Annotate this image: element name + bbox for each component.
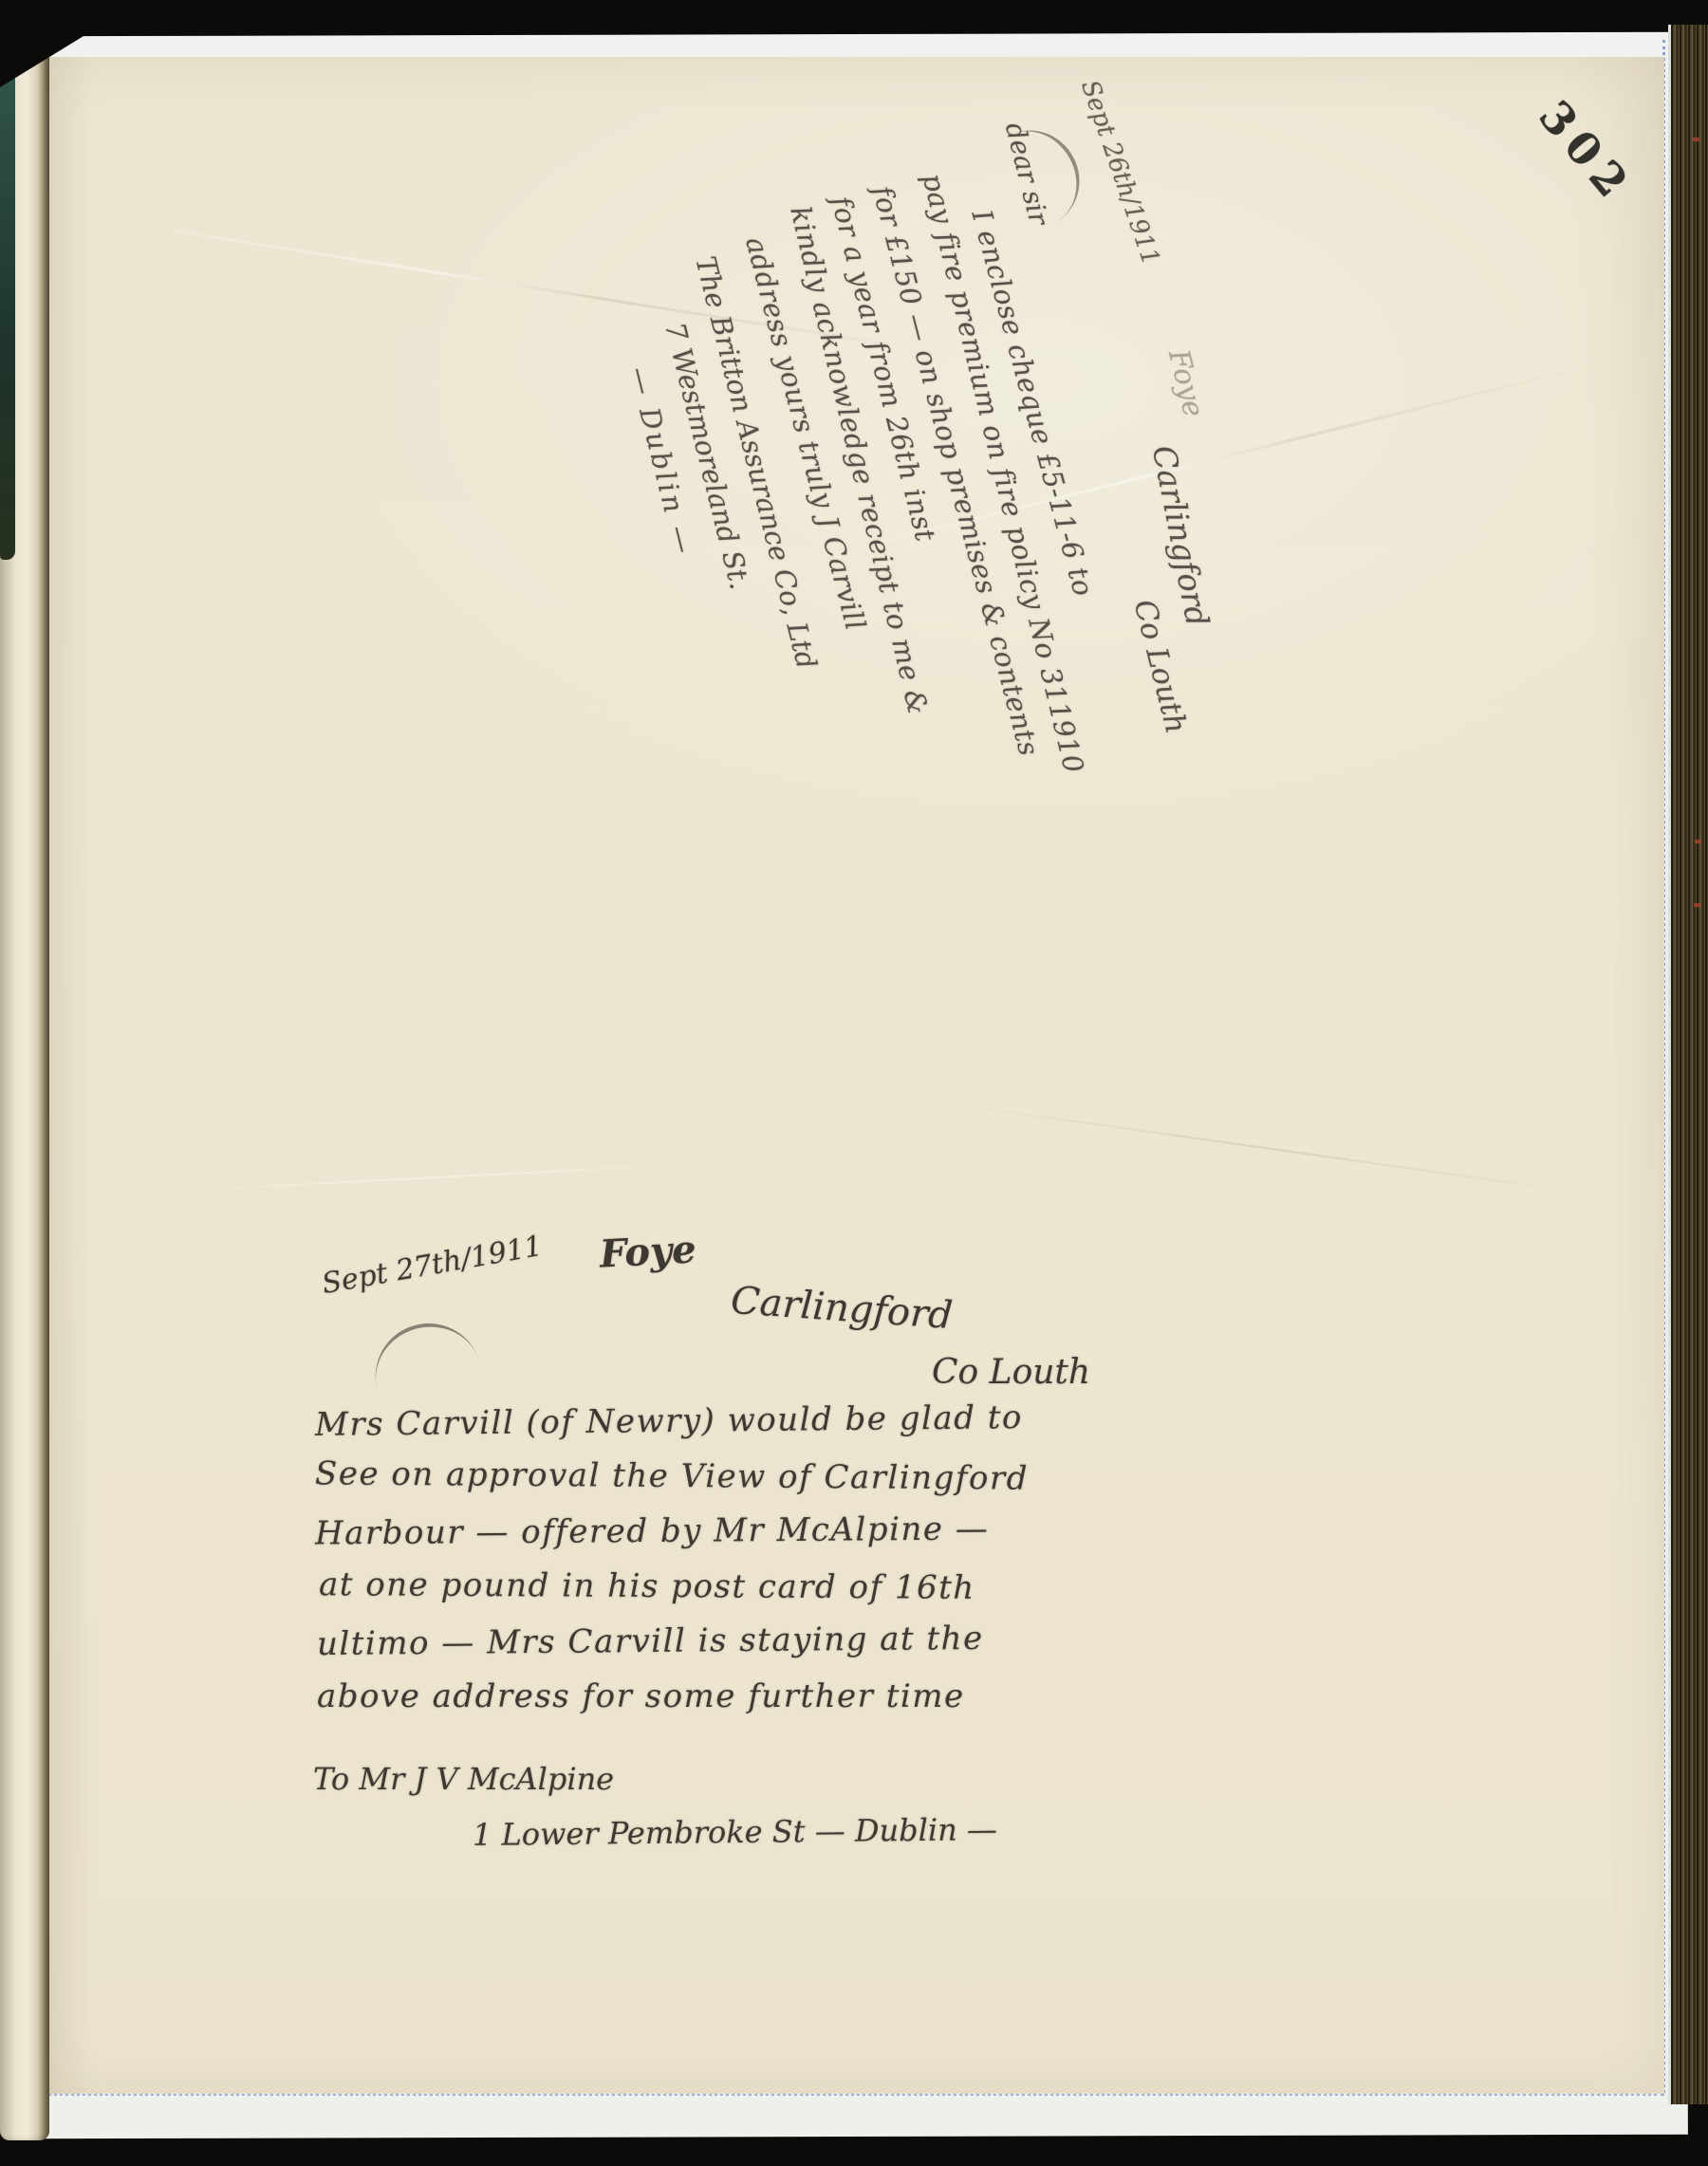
paper-crease [152, 1161, 720, 1193]
page-edge-red-mark [1695, 840, 1701, 843]
letter-sept-26-rotated-body: Sept 26th/1911 Foye Carlingford Co Louth… [562, 75, 1289, 913]
pen-flourish [362, 1311, 479, 1392]
letter-place-town: Carlingford [730, 1279, 955, 1338]
letter-body-line: Mrs Carvill (of Newry) would be glad to [315, 1398, 1023, 1444]
letter-date: Sept 27th/1911 [320, 1230, 546, 1301]
letter-body-line: above address for some further time [317, 1677, 965, 1715]
letter-body-line: Harbour — offered by Mr McAlpine — [315, 1510, 990, 1553]
page-edge-red-mark [1693, 138, 1699, 141]
letter-addressee-street: 1 Lower Pembroke St — Dublin — [473, 1811, 997, 1853]
letter-place-house: Foye [599, 1227, 697, 1276]
letter-place-house: Foye [1161, 346, 1210, 420]
binding-edge [0, 57, 15, 560]
letter-date: Sept 26th/1911 [1075, 77, 1165, 268]
letter-place-county: Co Louth [932, 1353, 1090, 1392]
letter-sept-27: Sept 27th/1911 Foye Carlingford Co Louth… [313, 1233, 1167, 1879]
letterbook-scan: 302 Sept 26th/1911 Foye Carlingford Co L… [0, 0, 1708, 2166]
page-edge-red-mark [1694, 903, 1700, 907]
letter-addressee-name: To Mr J V McAlpine [313, 1761, 614, 1797]
letter-body-line: See on approval the View of Carlingford [315, 1454, 1029, 1497]
letter-body-line: at one pound in his post card of 16th [319, 1565, 975, 1607]
letter-body-line: ultimo — Mrs Carvill is staying at the [317, 1620, 984, 1663]
book-page-stack-edge [1668, 25, 1708, 2104]
letter-sept-26: Sept 26th/1911 Foye Carlingford Co Louth… [498, 95, 1352, 911]
paper-crease [942, 1102, 1600, 1195]
